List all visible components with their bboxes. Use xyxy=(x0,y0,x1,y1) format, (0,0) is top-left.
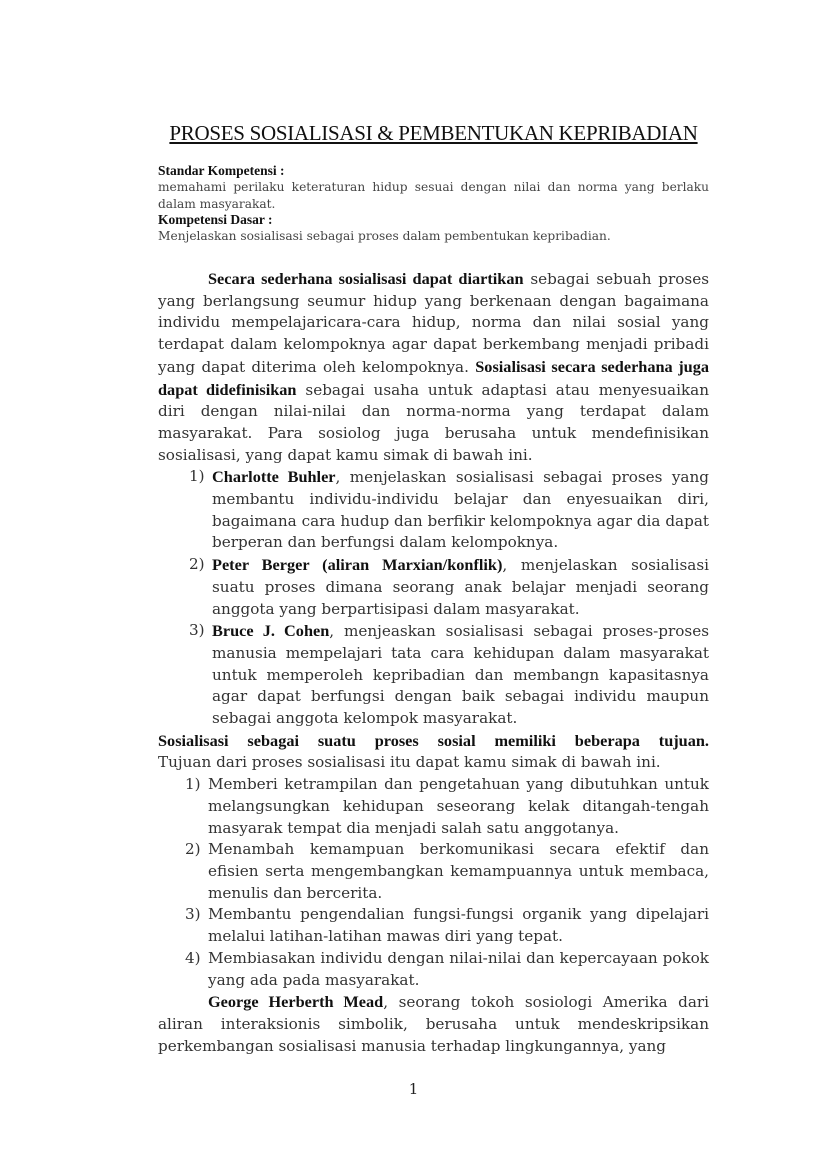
goal-text: Menambah kemampuan berkomunikasi secara … xyxy=(208,840,709,901)
list-item: 3)Membantu pengendalian fungsi-fungsi or… xyxy=(208,904,709,947)
mead-paragraph: George Herberth Mead, seorang tokoh sosi… xyxy=(158,991,709,1057)
intro-bold-1: Secara sederhana sosialisasi dapat diart… xyxy=(208,269,524,288)
list-number: 3) xyxy=(185,904,201,926)
goals-heading: Sosialisasi sebagai suatu proses sosial … xyxy=(158,730,709,753)
definition-author: Charlotte Buhler xyxy=(212,467,336,486)
list-item: 2)Peter Berger (aliran Marxian/konflik),… xyxy=(212,554,709,620)
standar-kompetensi-text: memahami perilaku keteraturan hidup sesu… xyxy=(158,179,709,212)
list-item: 3)Bruce J. Cohen, menjeaskan sosialisasi… xyxy=(212,620,709,730)
list-item: 1)Charlotte Buhler, menjelaskan sosialis… xyxy=(212,466,709,554)
list-number: 3) xyxy=(189,620,205,642)
goals-list: 1)Memberi ketrampilan dan pengetahuan ya… xyxy=(208,774,709,991)
document-body: Secara sederhana sosialisasi dapat diart… xyxy=(158,268,709,1057)
goals-heading-text: Sosialisasi sebagai suatu proses sosial … xyxy=(158,731,709,750)
kompetensi-dasar-text: Menjelaskan sosialisasi sebagai proses d… xyxy=(158,228,709,244)
definition-author: Peter Berger (aliran Marxian/konflik) xyxy=(212,555,502,574)
page-number: 1 xyxy=(0,1080,827,1098)
list-item: 2)Menambah kemampuan berkomunikasi secar… xyxy=(208,839,709,904)
kompetensi-dasar-label: Kompetensi Dasar : xyxy=(158,212,709,228)
list-item: 1)Memberi ketrampilan dan pengetahuan ya… xyxy=(208,774,709,839)
definitions-list: 1)Charlotte Buhler, menjelaskan sosialis… xyxy=(212,466,709,729)
goal-text: Memberi ketrampilan dan pengetahuan yang… xyxy=(208,775,709,836)
goal-text: Membantu pengendalian fungsi-fungsi orga… xyxy=(208,905,709,945)
list-number: 1) xyxy=(189,466,205,488)
definition-author: Bruce J. Cohen xyxy=(212,621,329,640)
intro-paragraph: Secara sederhana sosialisasi dapat diart… xyxy=(158,268,709,466)
list-number: 1) xyxy=(185,774,201,796)
list-number: 2) xyxy=(185,839,201,861)
competency-block: Standar Kompetensi : memahami perilaku k… xyxy=(158,163,709,244)
list-number: 4) xyxy=(185,948,201,970)
document-title: PROSES SOSIALISASI & PEMBENTUKAN KEPRIBA… xyxy=(158,121,709,146)
standar-kompetensi-label: Standar Kompetensi : xyxy=(158,163,709,179)
list-number: 2) xyxy=(189,554,205,576)
goals-intro: Tujuan dari proses sosialisasi itu dapat… xyxy=(158,752,709,774)
goal-text: Membiasakan individu dengan nilai-nilai … xyxy=(208,949,709,989)
list-item: 4)Membiasakan individu dengan nilai-nila… xyxy=(208,948,709,991)
mead-name: George Herberth Mead xyxy=(208,992,383,1011)
